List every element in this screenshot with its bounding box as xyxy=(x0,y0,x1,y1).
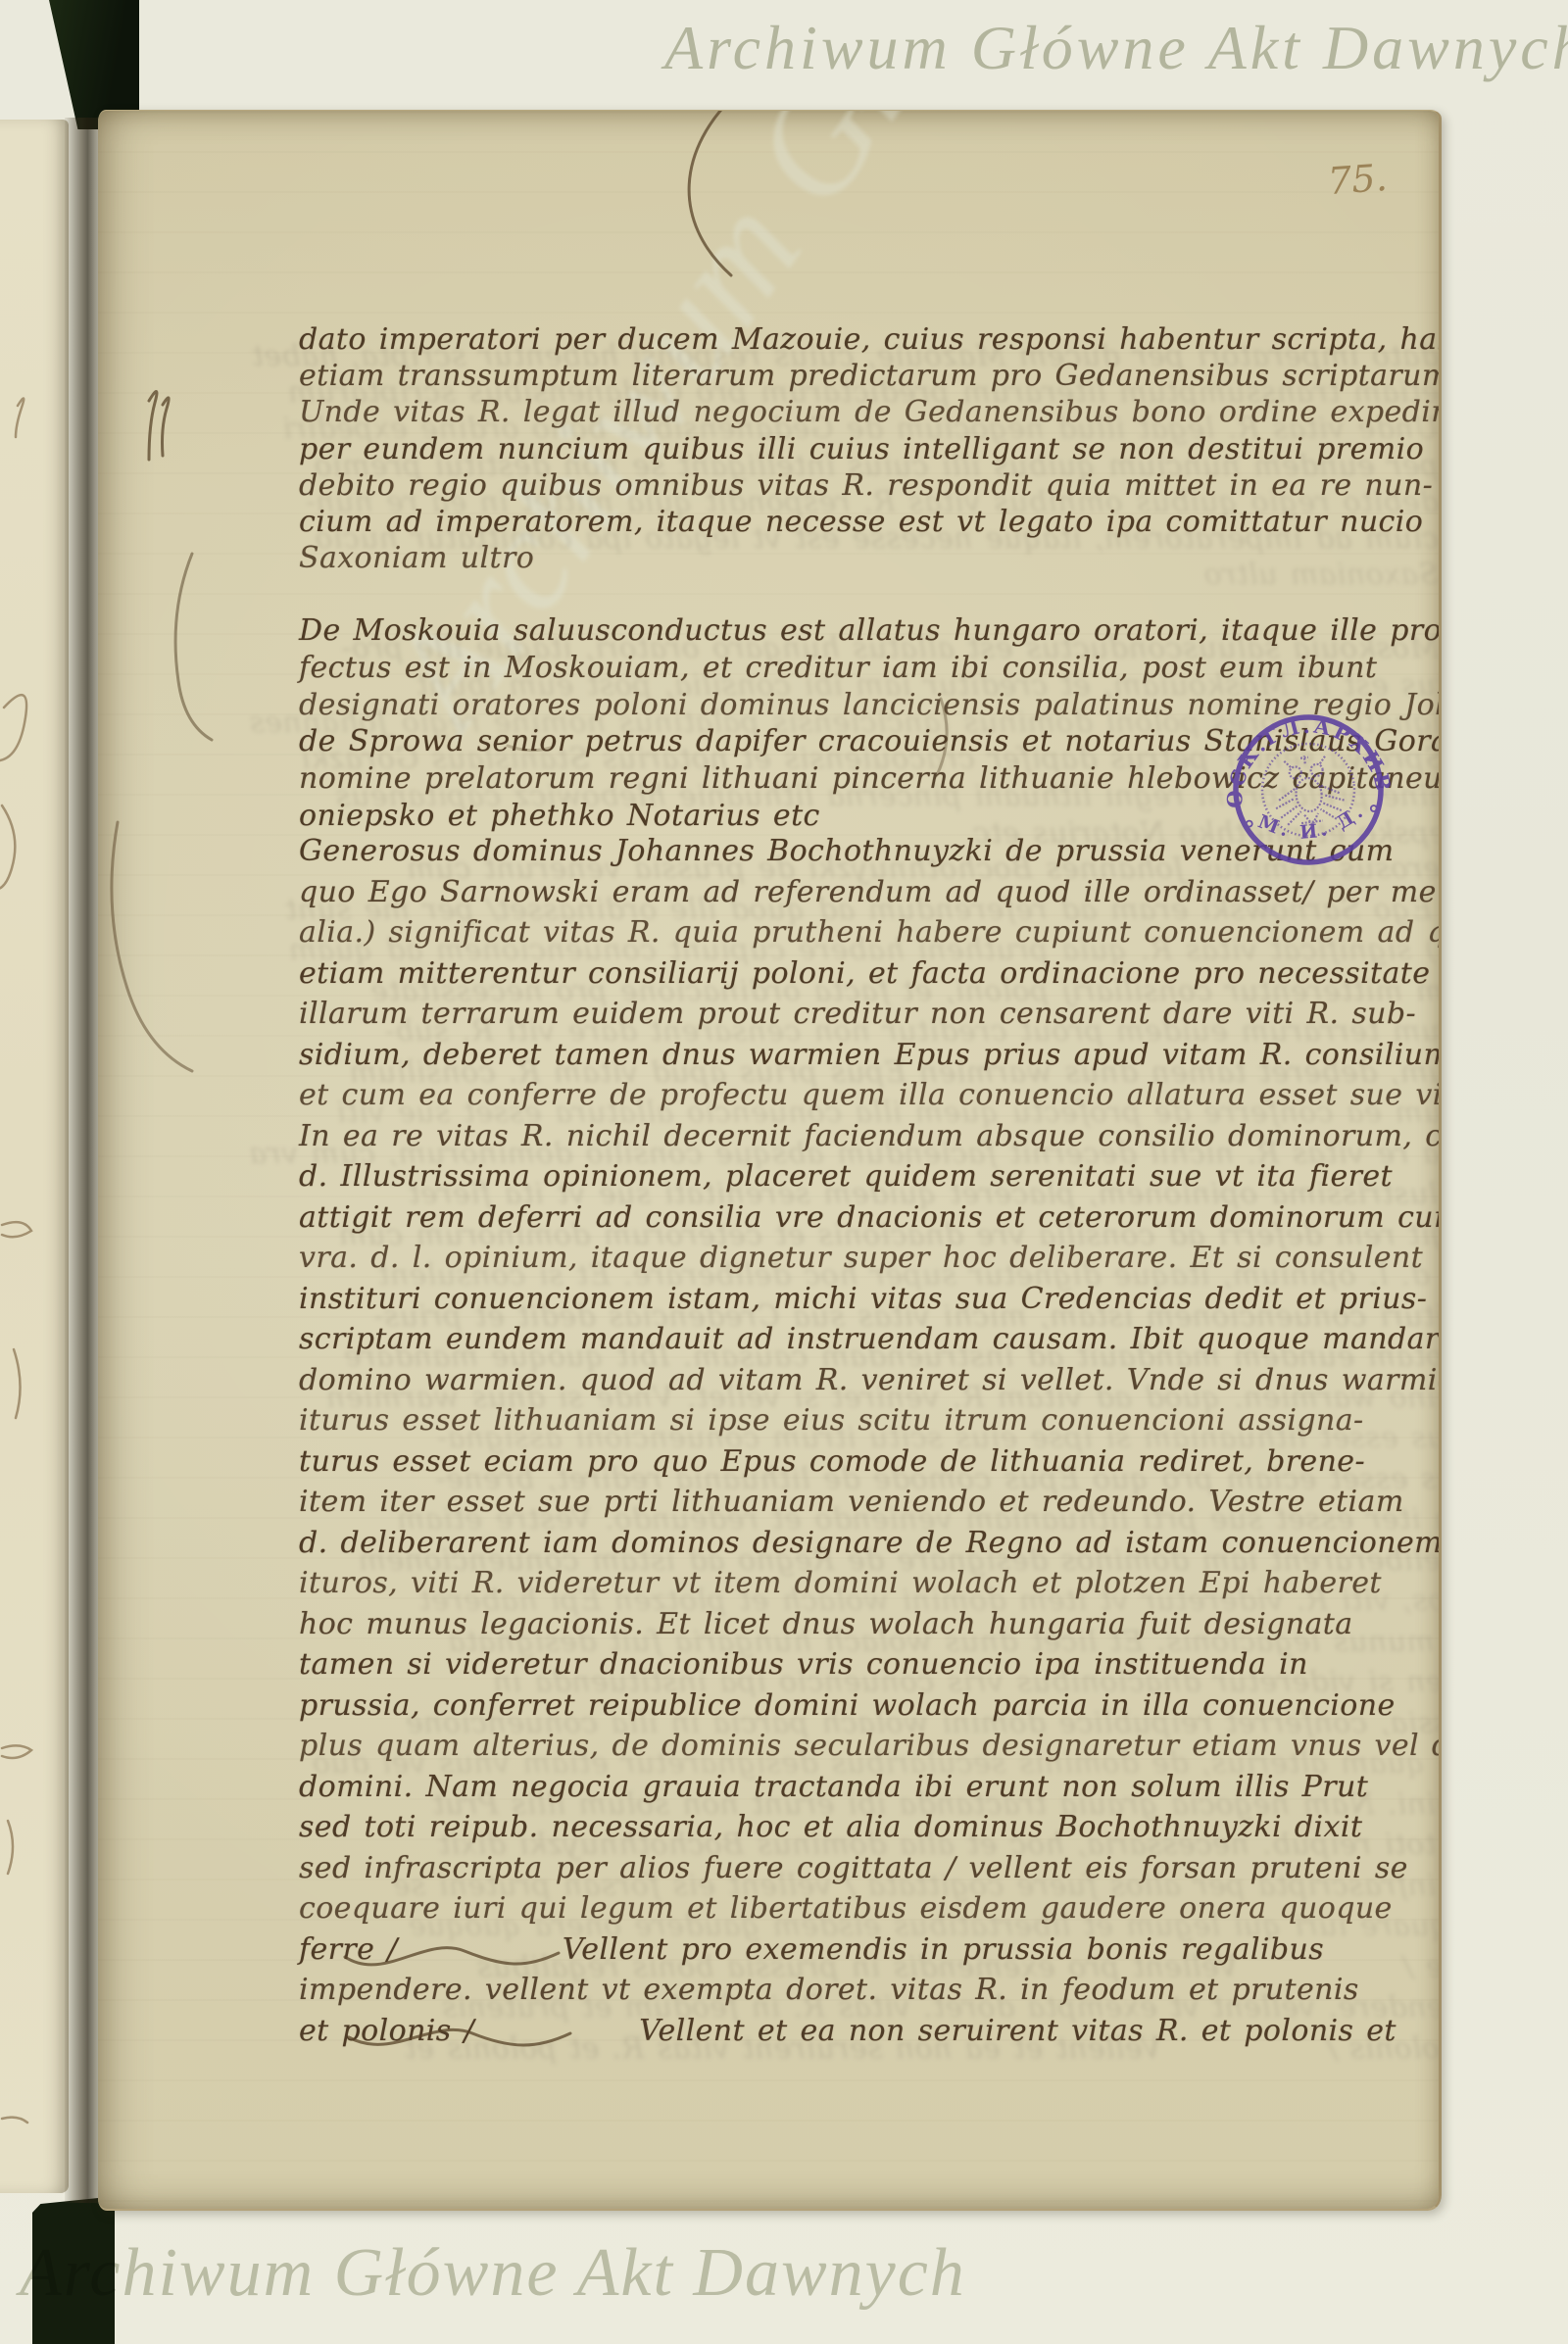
manuscript-line: etiam mitterentur consiliarij poloni, et… xyxy=(299,953,1442,995)
manuscript-line: instituri conuencionem istam, michi vita… xyxy=(299,1279,1442,1320)
manuscript-line: et cum ea conferre de profectu quem illa… xyxy=(299,1075,1442,1116)
margin-flourish-para3 xyxy=(112,822,192,1071)
manuscript-line: coequare iuri qui legum et libertatibus … xyxy=(299,1888,1442,1929)
stamp-arc-text: МОСК.ГЛ.АРХИВЪ xyxy=(1215,697,1396,815)
manuscript-line: iturus esset lithuaniam si ipse eius sci… xyxy=(299,1400,1442,1441)
manuscript-line: etiam transsumptum literarum predictarum… xyxy=(299,358,1442,394)
archive-stamp: МОСК.ГЛ.АРХИВЪ М. И. Д. xyxy=(1215,697,1400,882)
manuscript-line: domini. Nam negocia grauia tractanda ibi… xyxy=(299,1767,1442,1808)
folio-number: 75. xyxy=(1327,156,1389,203)
margin-flourish-para1 xyxy=(149,391,169,460)
manuscript-line: prussia, conferret reipublice domini wol… xyxy=(299,1685,1442,1727)
facing-page-edge xyxy=(0,120,69,2193)
margin-flourish-para2 xyxy=(175,554,212,740)
manuscript-line: alia.) significat vitas R. quia prutheni… xyxy=(299,912,1442,953)
top-watermark: Archiwum Główne Akt Dawnych xyxy=(664,12,1568,84)
manuscript-line: d. Illustrissima opinionem, placeret qui… xyxy=(299,1156,1442,1197)
manuscript-line: debito regio quibus omnibus vitas R. res… xyxy=(299,467,1442,504)
manuscript-line: ferre / Vellent pro exemendis in prussia… xyxy=(299,1929,1442,1971)
bottom-watermark: Archiwum Główne Akt Dawnych xyxy=(20,2234,966,2313)
top-pen-flourish xyxy=(689,111,737,275)
manuscript-line: d. deliberarent iam dominos designare de… xyxy=(299,1523,1442,1564)
manuscript-line: hoc munus legacionis. Et licet dnus wola… xyxy=(299,1604,1442,1645)
manuscript-line: illarum terrarum euidem prout creditur n… xyxy=(299,994,1442,1035)
manuscript-line: dato imperatori per ducem Mazouie, cuius… xyxy=(299,321,1442,358)
manuscript-line: fectus est in Moskouiam, et creditur iam… xyxy=(299,650,1442,687)
manuscript-line: Unde vitas R. legat illud negocium de Ge… xyxy=(299,394,1442,430)
manuscript-line: scriptam eundem mandauit ad instruendam … xyxy=(299,1319,1442,1360)
manuscript-line: ituros, viti R. videretur vt item domini… xyxy=(299,1563,1442,1604)
manuscript-line: domino warmien. quod ad vitam R. veniret… xyxy=(299,1360,1442,1401)
manuscript-line: cium ad imperatorem, itaque necesse est … xyxy=(299,504,1442,540)
manuscript-paragraph-3: Generosus dominus Johannes Bochothnuyzki… xyxy=(299,831,1442,2051)
manuscript-line: per eundem nuncium quibus illi cuius int… xyxy=(299,431,1442,467)
manuscript-line: sidium, deberet tamen dnus warmien Epus … xyxy=(299,1035,1442,1076)
facing-page-ink-marks xyxy=(0,120,69,2193)
manuscript-line: sed infrascripta per alios fuere cogitta… xyxy=(299,1848,1442,1889)
manuscript-line: turus esset eciam pro quo Epus comode de… xyxy=(299,1441,1442,1483)
manuscript-line: impendere. vellent vt exempta doret. vit… xyxy=(299,1970,1442,2011)
gutter-shadow xyxy=(65,118,102,2203)
manuscript-paragraph-1: dato imperatori per ducem Mazouie, cuius… xyxy=(299,321,1442,576)
manuscript-line: De Moskouia saluusconductus est allatus … xyxy=(299,612,1442,650)
manuscript-line: vra. d. l. opinium, itaque dignetur supe… xyxy=(299,1238,1442,1279)
manuscript-line: et polonis / Vellent et ea non seruirent… xyxy=(299,2011,1442,2052)
stamp-arc-text-wrap: МОСК.ГЛ.АРХИВЪ xyxy=(1215,697,1396,815)
manuscript-page: Archiwum Główne Akt Dawnych dato imperat… xyxy=(98,110,1442,2211)
manuscript-line: item iter esset sue prti lithuaniam veni… xyxy=(299,1482,1442,1523)
manuscript-line: sed toti reipub. necessaria, hoc et alia… xyxy=(299,1807,1442,1848)
stamp-ornament-right xyxy=(1370,806,1377,812)
manuscript-line: attigit rem deferri ad consilia vre dnac… xyxy=(299,1197,1442,1239)
manuscript-line: tamen si videretur dnacionibus vris conu… xyxy=(299,1644,1442,1685)
manuscript-line: plus quam alterius, de dominis secularib… xyxy=(299,1726,1442,1767)
manuscript-line: Saxoniam ultro xyxy=(299,540,1442,576)
manuscript-line: In ea re vitas R. nichil decernit facien… xyxy=(299,1116,1442,1157)
stamp-ornament-left xyxy=(1246,820,1252,827)
